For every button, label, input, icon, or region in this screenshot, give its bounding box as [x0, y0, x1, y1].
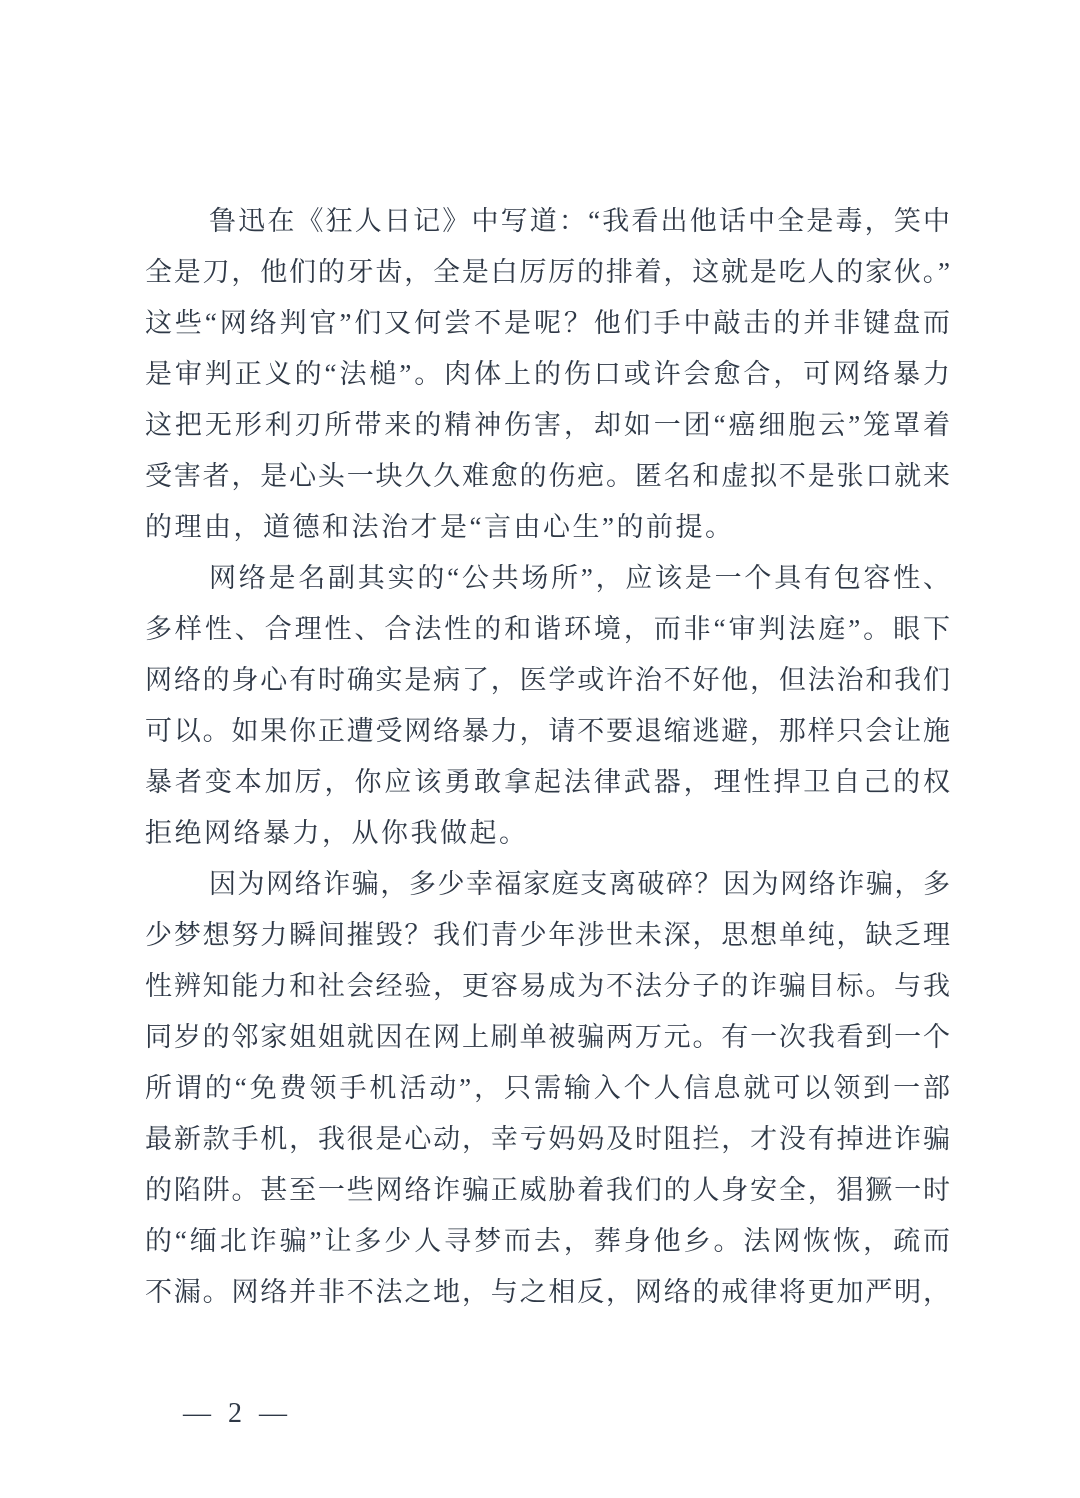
essay-line: 暴者变本加厉，你应该勇敢拿起法律武器，理性捍卫自己的权益。: [145, 757, 951, 808]
essay-line: 全是刀，他们的牙齿，全是白厉厉的排着，这就是吃人的家伙。”: [145, 247, 951, 298]
essay-line: 最新款手机，我很是心动，幸亏妈妈及时阻拦，才没有掉进诈骗: [145, 1114, 951, 1165]
essay-line: 可以。如果你正遭受网络暴力，请不要退缩逃避，那样只会让施: [145, 706, 951, 757]
essay-line: 的“缅北诈骗”让多少人寻梦而去，葬身他乡。法网恢恢，疏而: [145, 1216, 951, 1267]
essay-line: 多样性、合理性、合法性的和谐环境，而非“审判法庭”。眼下: [145, 604, 951, 655]
essay-line: 少梦想努力瞬间摧毁？我们青少年涉世未深，思想单纯，缺乏理: [145, 910, 951, 961]
document-page: 鲁迅在《狂人日记》中写道：“我看出他话中全是毒，笑中 全是刀，他们的牙齿，全是白…: [0, 0, 1080, 1498]
paragraph-2: 网络是名副其实的“公共场所”，应该是一个具有包容性、 多样性、合理性、合法性的和…: [145, 553, 951, 859]
essay-line: 所谓的“免费领手机活动”，只需输入个人信息就可以领到一部: [145, 1063, 951, 1114]
essay-line: 拒绝网络暴力，从你我做起。: [145, 808, 951, 859]
essay-line: 网络的身心有时确实是病了，医学或许治不好他，但法治和我们: [145, 655, 951, 706]
essay-line: 因为网络诈骗，多少幸福家庭支离破碎？因为网络诈骗，多: [145, 859, 951, 910]
essay-line: 的陷阱。甚至一些网络诈骗正威胁着我们的人身安全，猖獗一时: [145, 1165, 951, 1216]
essay-line: 这把无形利刃所带来的精神伤害，却如一团“癌细胞云”笼罩着: [145, 400, 951, 451]
essay-line: 性辨知能力和社会经验，更容易成为不法分子的诈骗目标。与我: [145, 961, 951, 1012]
essay-line: 鲁迅在《狂人日记》中写道：“我看出他话中全是毒，笑中: [145, 196, 951, 247]
essay-line: 不漏。网络并非不法之地，与之相反，网络的戒律将更加严明，: [145, 1267, 951, 1318]
page-number: — 2 —: [183, 1394, 292, 1434]
essay-line: 这些“网络判官”们又何尝不是呢？他们手中敲击的并非键盘而: [145, 298, 951, 349]
essay-line: 同岁的邻家姐姐就因在网上刷单被骗两万元。有一次我看到一个: [145, 1012, 951, 1063]
essay-line: 的理由，道德和法治才是“言由心生”的前提。: [145, 502, 951, 553]
essay-line: 受害者，是心头一块久久难愈的伤疤。匿名和虚拟不是张口就来: [145, 451, 951, 502]
essay-body: 鲁迅在《狂人日记》中写道：“我看出他话中全是毒，笑中 全是刀，他们的牙齿，全是白…: [145, 196, 951, 1318]
paragraph-1: 鲁迅在《狂人日记》中写道：“我看出他话中全是毒，笑中 全是刀，他们的牙齿，全是白…: [145, 196, 951, 553]
paragraph-3: 因为网络诈骗，多少幸福家庭支离破碎？因为网络诈骗，多 少梦想努力瞬间摧毁？我们青…: [145, 859, 951, 1318]
essay-line: 是审判正义的“法槌”。肉体上的伤口或许会愈合，可网络暴力: [145, 349, 951, 400]
essay-line: 网络是名副其实的“公共场所”，应该是一个具有包容性、: [145, 553, 951, 604]
